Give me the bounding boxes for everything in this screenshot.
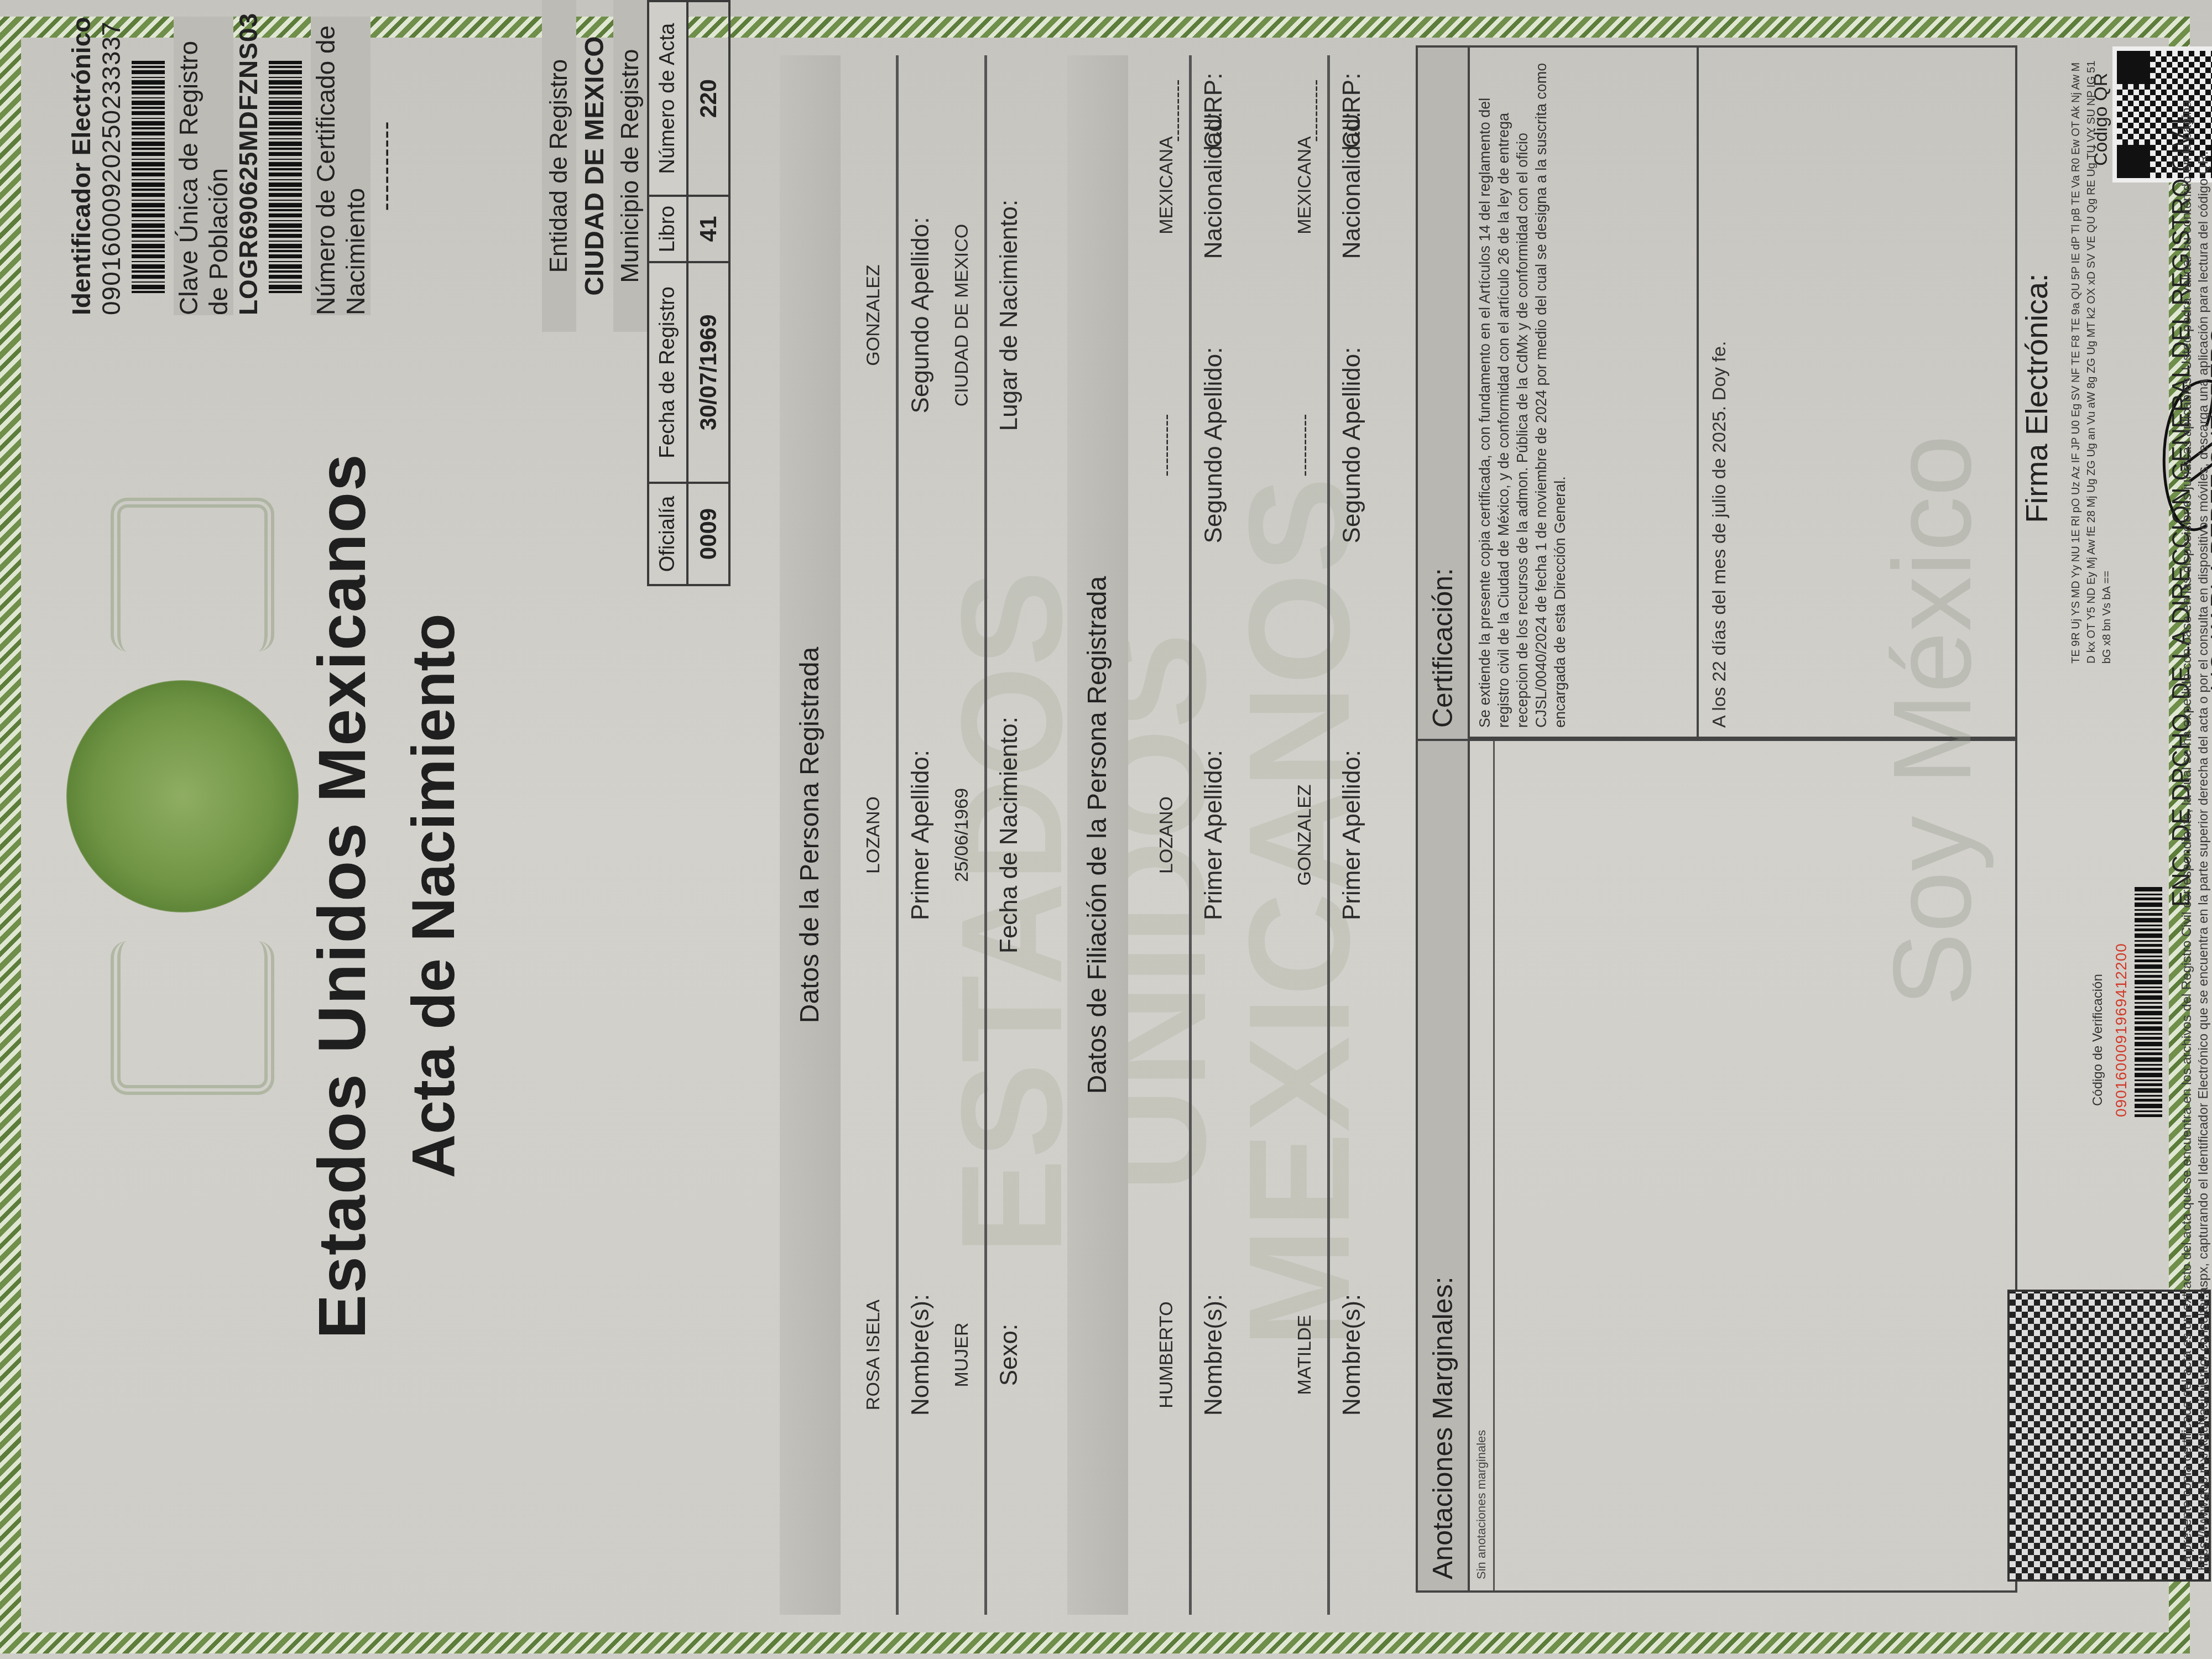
identificador-value: 09016000920250233337 <box>96 17 126 315</box>
madre-nombre-label: Nombre(s): <box>1338 1095 1366 1615</box>
madre-primer-apellido-label: Primer Apellido: <box>1338 575 1366 1095</box>
certificado-label: Número de Certificado de Nacimiento <box>311 17 371 315</box>
document-body: Estados Unidos Mexicanos Acta de Nacimie… <box>44 44 2146 1615</box>
curp-label: Clave Única de Registro de Población <box>174 17 233 315</box>
persona-birth-row: MUJER 25/06/1969 CIUDAD DE MEXICO Sexo: … <box>951 55 1018 1615</box>
persona-names-row: ROSA ISELA LOZANO GONZALEZ Nombre(s): Pr… <box>863 55 929 1615</box>
curp-barcode <box>269 61 302 293</box>
municipio-label: Municipio de Registro <box>613 0 648 332</box>
country-title: Estados Unidos Mexicanos <box>304 177 380 1615</box>
acta-table-row: 0009 30/07/1969 41 220 <box>687 1 729 585</box>
greca-left-icon <box>111 941 274 1095</box>
entidad-value: CIUDAD DE MEXICO <box>576 0 613 332</box>
padre-nombre-label: Nombre(s): <box>1200 1095 1228 1615</box>
fecha-registro-value: 30/07/1969 <box>687 262 729 483</box>
lugar-nacimiento-value: CIUDAD DE MEXICO <box>951 55 973 575</box>
segundo-apellido-label: Segundo Apellido: <box>907 55 935 575</box>
divider <box>984 55 987 1615</box>
qr-label: Código QR <box>2090 73 2112 166</box>
certificacion-title: Certificación: <box>1418 48 1470 739</box>
padre-primer-apellido-label: Primer Apellido: <box>1200 575 1228 1095</box>
coat-of-arms-icon <box>66 680 299 912</box>
divider <box>896 55 899 1615</box>
madre-nombre-value: MATILDE <box>1294 1095 1316 1615</box>
madre-nacionalidad-value: MEXICANA <box>1294 55 1316 315</box>
numero-acta-value: 220 <box>687 1 729 196</box>
fecha-nacimiento-label: Fecha de Nacimiento: <box>995 575 1023 1095</box>
identificador-barcode <box>132 61 165 293</box>
padre-nacionalidad-label: Nacionalidad: <box>1200 55 1228 315</box>
madre-segundo-apellido-value: ---------- <box>1294 315 1316 575</box>
anotaciones-title: Anotaciones Marginales: <box>1418 739 1470 1590</box>
firma-title: Firma Electrónica: <box>2018 66 2054 730</box>
soy-mexico-watermark: Soy México <box>1869 435 1996 1006</box>
madre-nacionalidad-label: Nacionalidad: <box>1338 55 1366 315</box>
libro-header: Libro <box>648 196 687 262</box>
segundo-apellido-value: GONZALEZ <box>863 55 884 575</box>
divider <box>1189 55 1192 1615</box>
identificador-label: Identificador Electrónico <box>66 17 96 315</box>
acta-table: Oficialía Fecha de Registro Libro Número… <box>647 0 731 586</box>
padre-segundo-apellido-label: Segundo Apellido: <box>1200 315 1228 575</box>
identifiers-block: Identificador Electrónico 09016000920250… <box>66 17 400 315</box>
persona-section-title: Datos de la Persona Registrada <box>780 55 841 1615</box>
anotaciones-text: Sin anotaciones marginales <box>1470 739 1495 1590</box>
filiacion-section-title: Datos de Filiación de la Persona Registr… <box>1067 55 1128 1615</box>
oficialia-value: 0009 <box>687 483 729 585</box>
padre-nombre-value: HUMBERTO <box>1156 1095 1177 1615</box>
padre-nacionalidad-value: MEXICANA <box>1156 55 1177 315</box>
fecha-registro-header: Fecha de Registro <box>648 262 687 483</box>
certificacion-text: Se extiende la presente copia certificad… <box>1470 48 1699 739</box>
acta-table-header: Oficialía Fecha de Registro Libro Número… <box>648 1 687 585</box>
national-emblem-icon <box>66 680 299 912</box>
document-title: Acta de Nacimiento <box>398 177 468 1615</box>
birth-certificate-document: ESTADOS UNIDOS MEXICANOS Estados Unidos … <box>0 0 2212 1659</box>
numero-acta-header: Número de Acta <box>648 1 687 196</box>
nombre-label: Nombre(s): <box>907 1095 935 1615</box>
padre-primer-apellido-value: LOZANO <box>1156 575 1177 1095</box>
entidad-label: Entidad de Registro <box>542 0 576 332</box>
primer-apellido-value: LOZANO <box>863 575 884 1095</box>
verificacion-code: 0901600091969412200 <box>2112 943 2130 1117</box>
primer-apellido-label: Primer Apellido: <box>907 575 935 1095</box>
madre-segundo-apellido-label: Segundo Apellido: <box>1338 315 1366 575</box>
certificado-value: ---------- <box>371 17 400 315</box>
sexo-label: Sexo: <box>995 1095 1023 1615</box>
certificacion-date: A los 22 días del mes de julio de 2025. … <box>1699 48 1740 739</box>
verificacion-label: Código de Verificación <box>2090 974 2106 1106</box>
libro-value: 41 <box>687 196 729 262</box>
nombre-value: ROSA ISELA <box>863 1095 884 1615</box>
verificacion-barcode <box>2135 885 2162 1117</box>
divider <box>1327 55 1330 1615</box>
sexo-value: MUJER <box>951 1095 973 1615</box>
lugar-nacimiento-label: Lugar de Nacimiento: <box>995 55 1023 575</box>
madre-primer-apellido-value: GONZALEZ <box>1294 575 1316 1095</box>
curp-value: LOGR690625MDFZNS03 <box>233 17 263 315</box>
greca-right-icon <box>111 498 274 651</box>
fecha-nacimiento-value: 25/06/1969 <box>951 575 973 1095</box>
legal-disclaimer: La presente copia certificada del acta e… <box>2179 33 2212 1571</box>
padre-names-row: HUMBERTO LOZANO ---------- MEXICANA Nomb… <box>1156 55 1222 1615</box>
madre-names-row: MATILDE GONZALEZ ---------- MEXICANA Nom… <box>1294 55 1360 1615</box>
oficialia-header: Oficialía <box>648 483 687 585</box>
padre-segundo-apellido-value: ---------- <box>1156 315 1177 575</box>
